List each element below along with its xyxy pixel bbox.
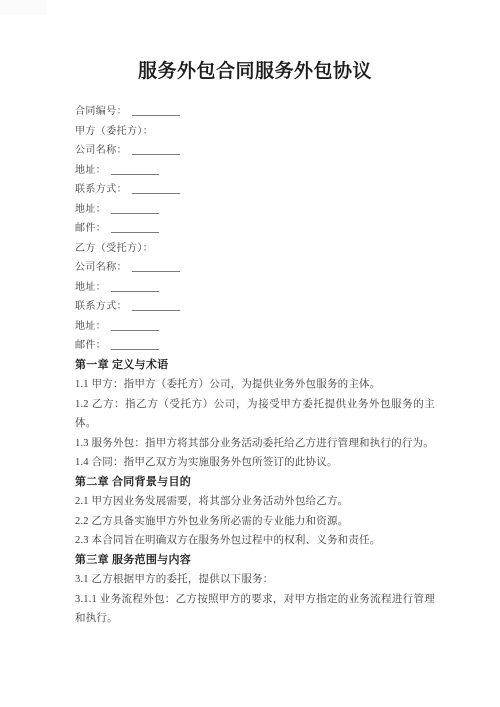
clause-2-3: 2.3 本合同旨在明确双方在服务外包过程中的权利、义务和责任。 (75, 531, 435, 551)
blank-underline (111, 164, 159, 175)
blank-underline (132, 105, 180, 116)
clause-3-1: 3.1 乙方根据甲方的委托，提供以下服务： (75, 570, 435, 590)
contract-document-page: 服务外包合同服务外包协议 合同编号： 甲方（委托方）： 公司名称： 地址： 联系… (0, 0, 500, 707)
clause-1-2: 1.2 乙方：指乙方（受托方）公司，为接受甲方委托提供业务外包服务的主体。 (75, 395, 435, 434)
field-row-party-b: 乙方（受托方）： (75, 239, 435, 259)
clause-1-1: 1.1 甲方：指甲方（委托方）公司，为提供业务外包服务的主体。 (75, 375, 435, 395)
section-heading-definitions: 第一章 定义与术语 (75, 356, 435, 376)
field-row-party-a: 甲方（委托方）： (75, 122, 435, 142)
blank-underline (132, 183, 180, 194)
section-heading-scope: 第三章 服务范围与内容 (75, 551, 435, 571)
blank-underline (132, 144, 180, 155)
field-label-party-b-email: 邮件： (75, 340, 106, 351)
field-label-party-b-address-2: 地址： (75, 321, 106, 332)
field-label-party-a: 甲方（委托方）： (75, 126, 153, 137)
blank-underline (132, 300, 180, 311)
field-row-party-b-email: 邮件： (75, 336, 435, 356)
field-row-party-b-company: 公司名称： (75, 258, 435, 278)
field-label-party-a-email: 邮件： (75, 223, 106, 234)
blank-underline (111, 281, 159, 292)
clause-2-2: 2.2 乙方具备实施甲方外包业务所必需的专业能力和资源。 (75, 512, 435, 532)
clause-1-4: 1.4 合同：指甲乙双方为实施服务外包所签订的此协议。 (75, 453, 435, 473)
field-label-party-a-address: 地址： (75, 165, 106, 176)
field-label-party-a-company: 公司名称： (75, 145, 127, 156)
field-row-party-b-contact: 联系方式： (75, 297, 435, 317)
scan-corner-artifact (0, 0, 47, 15)
field-label-party-b: 乙方（受托方）： (75, 243, 153, 254)
contract-header-form: 合同编号： 甲方（委托方）： 公司名称： 地址： 联系方式： 地址： 邮件： 乙… (75, 102, 435, 356)
field-label-party-a-contact: 联系方式： (75, 184, 127, 195)
field-row-party-a-contact: 联系方式： (75, 180, 435, 200)
field-label-contract-number: 合同编号： (75, 106, 127, 117)
document-title: 服务外包合同服务外包协议 (75, 58, 435, 86)
clause-3-1-1: 3.1.1 业务流程外包：乙方按照甲方的要求，对甲方指定的业务流程进行管理和执行… (75, 590, 435, 629)
field-row-party-a-address-2: 地址： (75, 200, 435, 220)
field-row-contract-number: 合同编号： (75, 102, 435, 122)
blank-underline (111, 203, 159, 214)
field-row-party-a-email: 邮件： (75, 219, 435, 239)
blank-underline (111, 339, 159, 350)
field-row-party-a-address: 地址： (75, 161, 435, 181)
clause-2-1: 2.1 甲方因业务发展需要，将其部分业务活动外包给乙方。 (75, 492, 435, 512)
field-row-party-b-address-2: 地址： (75, 317, 435, 337)
contract-body: 第一章 定义与术语 1.1 甲方：指甲方（委托方）公司，为提供业务外包服务的主体… (75, 356, 435, 629)
field-row-party-b-address: 地址： (75, 278, 435, 298)
field-label-party-b-address: 地址： (75, 282, 106, 293)
blank-underline (111, 320, 159, 331)
section-heading-background: 第二章 合同背景与目的 (75, 473, 435, 493)
clause-1-3: 1.3 服务外包：指甲方将其部分业务活动委托给乙方进行管理和执行的行为。 (75, 434, 435, 454)
field-label-party-b-company: 公司名称： (75, 262, 127, 273)
field-label-party-a-address-2: 地址： (75, 204, 106, 215)
field-row-party-a-company: 公司名称： (75, 141, 435, 161)
blank-underline (111, 222, 159, 233)
blank-underline (132, 261, 180, 272)
field-label-party-b-contact: 联系方式： (75, 301, 127, 312)
